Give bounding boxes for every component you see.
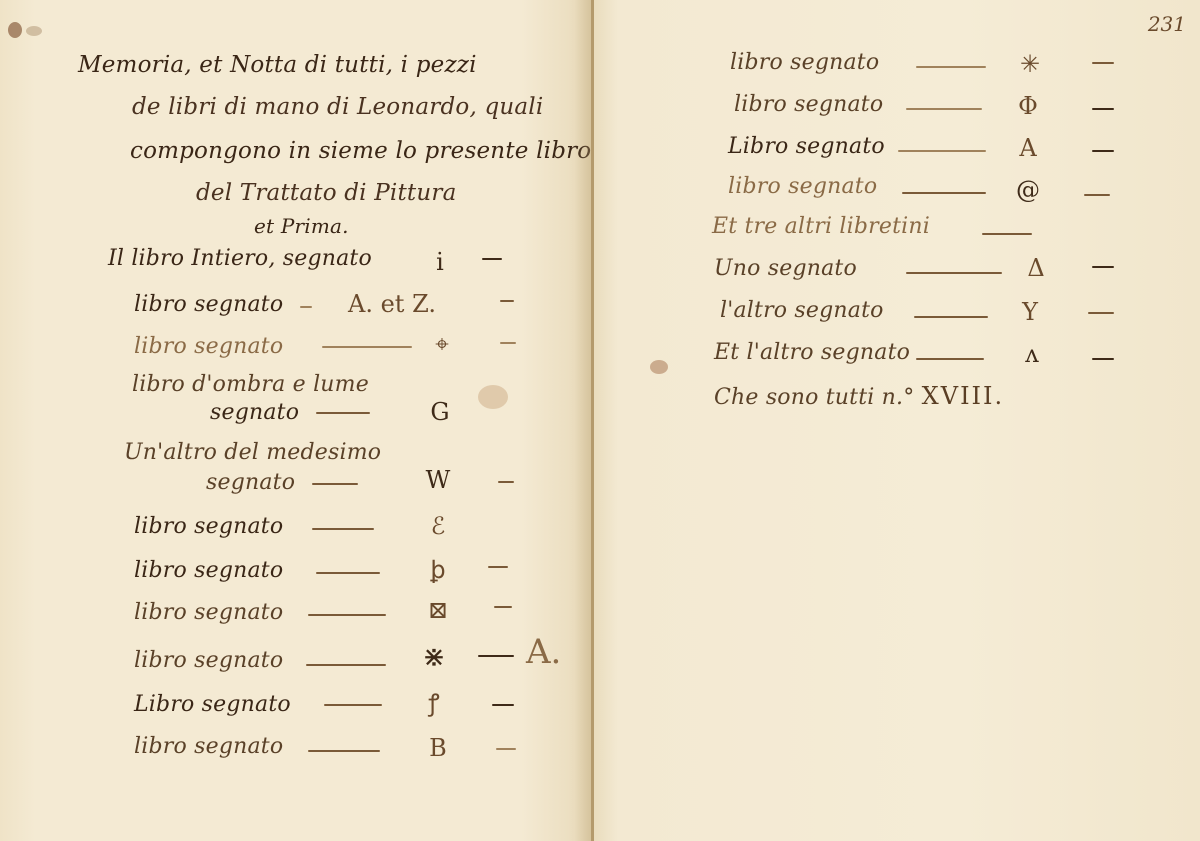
dash [1088, 312, 1114, 314]
dash [916, 358, 984, 360]
script-ligature-icon: ꝧ [418, 556, 458, 584]
entry-text: libro segnato [134, 334, 283, 359]
entry-text: libro segnato [734, 92, 883, 117]
total-value: XVIII. [922, 382, 1005, 410]
Y-letter-icon: Y [1010, 298, 1050, 326]
ink-stain [26, 26, 42, 36]
dash [322, 346, 412, 348]
phi-icon: Φ [1008, 92, 1048, 120]
asterisk-icon: ✳ [1010, 50, 1050, 78]
entry-text: libro segnato [728, 174, 877, 199]
small-books-intro: Et tre altri libretini [712, 214, 930, 239]
dash [898, 150, 986, 152]
dash [300, 306, 312, 308]
dash [478, 655, 514, 657]
entry-text: libro d'ombra e lume [132, 372, 369, 397]
entry-continuation: segnato [210, 400, 299, 425]
dash [488, 566, 508, 568]
folio-number: 231 [1148, 12, 1186, 36]
entry-text: libro segnato [730, 50, 879, 75]
circled-a-icon: @ [1008, 176, 1048, 204]
scribbled-star-icon: ⋇ [414, 640, 454, 673]
entry-continuation: segnato [206, 470, 295, 495]
entry-text: libro segnato [134, 292, 283, 317]
A-and-Z-letters-icon: A. et Z. [348, 290, 458, 318]
entry-text: Libro segnato [134, 692, 291, 717]
dash [1092, 108, 1114, 110]
dash [1092, 358, 1114, 360]
entry-text: Il libro Intiero, segnato [108, 246, 372, 271]
entry-text: libro segnato [134, 648, 283, 673]
total-line: Che sono tutti n.° XVIII. [714, 382, 1004, 410]
heading-line-2: de libri di mano di Leonardo, quali [132, 94, 543, 120]
entry-text: Libro segnato [728, 134, 885, 159]
dash [312, 528, 374, 530]
looped-symbol-icon: ꝭ [414, 686, 454, 719]
dash [902, 192, 986, 194]
ink-stain [650, 360, 668, 374]
B-letter-icon: B [418, 734, 458, 762]
entry-text: Un'altro del medesimo [124, 440, 381, 465]
A-letter-icon: A [1008, 134, 1048, 162]
W-letter-icon: W [418, 466, 458, 494]
right-page: 231 libro segnato ✳ libro segnato Φ Libr… [594, 0, 1200, 841]
dash [482, 258, 502, 260]
left-page: Memoria, et Notta di tutti, i pezzi de l… [0, 0, 592, 841]
dash [1092, 150, 1114, 152]
dash [494, 606, 512, 608]
heading-line-5: et Prima. [254, 214, 349, 238]
dash [498, 481, 514, 483]
delta-icon: Δ [1016, 254, 1056, 282]
inverted-v-icon: ʌ [1012, 340, 1052, 368]
dash [916, 66, 986, 68]
heading-line-1: Memoria, et Notta di tutti, i pezzi [78, 52, 477, 78]
dash [906, 108, 982, 110]
dash [324, 704, 382, 706]
dash [492, 704, 514, 706]
dash [500, 342, 516, 344]
small-book-entry: l'altro segnato [720, 298, 884, 323]
entry-text: libro segnato [134, 600, 283, 625]
entry-text: libro segnato [134, 558, 283, 583]
dash [306, 664, 386, 666]
entry-text: libro segnato [134, 514, 283, 539]
dash [312, 483, 358, 485]
heading-line-3: compongono in sieme lo presente libro [130, 138, 591, 164]
small-book-entry: Et l'altro segnato [714, 340, 910, 365]
dash [1092, 266, 1114, 268]
margin-note: A. [526, 632, 561, 672]
script-e-icon: ℰ [418, 512, 458, 540]
dash [914, 316, 988, 318]
heading-line-4: del Trattato di Pittura [196, 180, 456, 206]
circled-cross-icon: ⌖ [422, 330, 462, 358]
gutter-shadow [575, 0, 591, 841]
dash [316, 412, 370, 414]
entry-text: libro segnato [134, 734, 283, 759]
dash [1092, 62, 1114, 64]
dash [496, 748, 516, 750]
manuscript-spread: Memoria, et Notta di tutti, i pezzi de l… [0, 0, 1200, 841]
dash [500, 300, 514, 302]
dash [906, 272, 1002, 274]
dash [308, 750, 380, 752]
dash [1084, 194, 1110, 196]
i-letter-icon: i [420, 248, 460, 276]
dash [316, 572, 380, 574]
ink-stain [8, 22, 22, 38]
total-label: Che sono tutti n.° [714, 385, 914, 410]
crossed-box-icon: ⊠ [418, 596, 458, 624]
water-stain [478, 385, 508, 409]
dash [308, 614, 386, 616]
dash [982, 233, 1032, 235]
G-letter-icon: G [420, 398, 460, 426]
small-book-entry: Uno segnato [714, 256, 857, 281]
